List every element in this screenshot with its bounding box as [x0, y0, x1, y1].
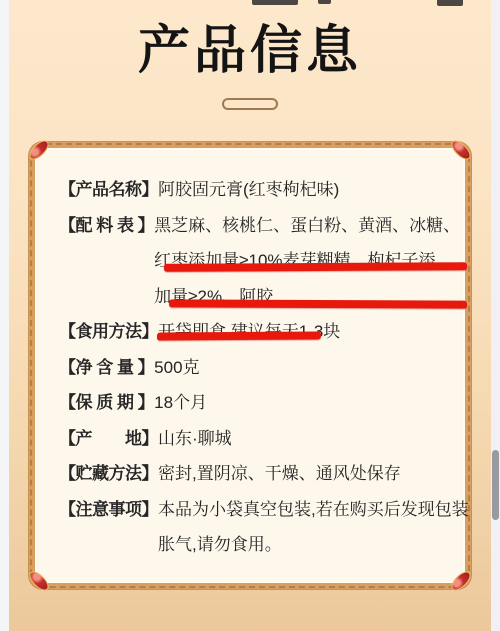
info-row-label: 【产 地】	[59, 421, 158, 457]
info-row-value-line: 阿胶固元膏(红枣枸杞味)	[158, 172, 441, 208]
info-row: 【注意事项】 本品为小袋真空包装,若在购买后发现包装胀气,请勿食用。	[59, 492, 441, 563]
info-row-value-line: 本品为小袋真空包装,若在购买后发现包装	[158, 492, 441, 528]
info-row: 【产 地】 山东·聊城	[59, 421, 441, 457]
info-row-label: 【食用方法】	[59, 314, 158, 350]
product-info-card: 【产品名称】 阿胶固元膏(红枣枸杞味) 【配 料 表 】 黑芝麻、核桃仁、蛋白粉…	[29, 142, 471, 589]
cropped-text-remnant	[252, 0, 298, 5]
corner-gem-icon	[448, 137, 473, 162]
info-row-value: 18个月	[154, 385, 441, 421]
scrollbar-track[interactable]	[491, 0, 500, 631]
screenshot-root: 产品信息 【产品名称】 阿胶固元膏(红枣枸杞味) 【配 料 表 】 黑芝麻、核桃…	[0, 0, 500, 631]
info-rows: 【产品名称】 阿胶固元膏(红枣枸杞味) 【配 料 表 】 黑芝麻、核桃仁、蛋白粉…	[59, 172, 441, 563]
info-row: 【保 质 期 】 18个月	[59, 385, 441, 421]
cropped-text-remnant	[318, 0, 331, 4]
info-row: 【产品名称】 阿胶固元膏(红枣枸杞味)	[59, 172, 441, 208]
info-row-value-line: 红枣添加量≥10%麦芽糊精、枸杞子添	[154, 243, 441, 279]
info-row-label: 【贮藏方法】	[59, 456, 158, 492]
info-row: 【配 料 表 】 黑芝麻、核桃仁、蛋白粉、黄酒、冰糖、红枣添加量≥10%麦芽糊精…	[59, 208, 441, 315]
red-underline	[164, 262, 467, 272]
info-row-value-line: 密封,置阴凉、干燥、通风处保存	[158, 456, 441, 492]
page-title: 产品信息	[9, 21, 491, 83]
info-row-value: 本品为小袋真空包装,若在购买后发现包装胀气,请勿食用。	[158, 492, 441, 563]
info-row-value: 阿胶固元膏(红枣枸杞味)	[158, 172, 441, 208]
info-row-label: 【注意事项】	[59, 492, 158, 528]
corner-gem-icon	[448, 568, 473, 593]
info-row-label: 【配 料 表 】	[59, 208, 154, 244]
info-row-value-line: 山东·聊城	[158, 421, 441, 457]
scrollbar-thumb[interactable]	[492, 450, 499, 520]
cropped-text-remnant	[437, 0, 463, 6]
info-row-value-line: 胀气,请勿食用。	[158, 527, 441, 563]
info-row: 【贮藏方法】 密封,置阴凉、干燥、通风处保存	[59, 456, 441, 492]
product-info-page: 产品信息 【产品名称】 阿胶固元膏(红枣枸杞味) 【配 料 表 】 黑芝麻、核桃…	[9, 0, 491, 631]
corner-gem-icon	[26, 137, 51, 162]
info-row-value-line: 加量≥2%、阿胶	[154, 279, 441, 315]
info-row-value-line: 黑芝麻、核桃仁、蛋白粉、黄酒、冰糖、	[154, 208, 441, 244]
page-left-margin	[0, 0, 9, 631]
info-row-value: 山东·聊城	[158, 421, 441, 457]
info-row-value: 密封,置阴凉、干燥、通风处保存	[158, 456, 441, 492]
info-row-label: 【产品名称】	[59, 172, 158, 208]
title-divider	[222, 98, 278, 110]
info-row-value-line: 500克	[154, 350, 441, 386]
info-row-label: 【保 质 期 】	[59, 385, 154, 421]
corner-gem-icon	[26, 568, 51, 593]
red-underline	[157, 331, 321, 340]
red-underline	[169, 299, 467, 308]
info-row-label: 【净 含 量 】	[59, 350, 154, 386]
info-row-value: 500克	[154, 350, 441, 386]
info-row-value: 黑芝麻、核桃仁、蛋白粉、黄酒、冰糖、红枣添加量≥10%麦芽糊精、枸杞子添加量≥2…	[154, 208, 441, 315]
info-row-value-line: 18个月	[154, 385, 441, 421]
info-row: 【净 含 量 】 500克	[59, 350, 441, 386]
